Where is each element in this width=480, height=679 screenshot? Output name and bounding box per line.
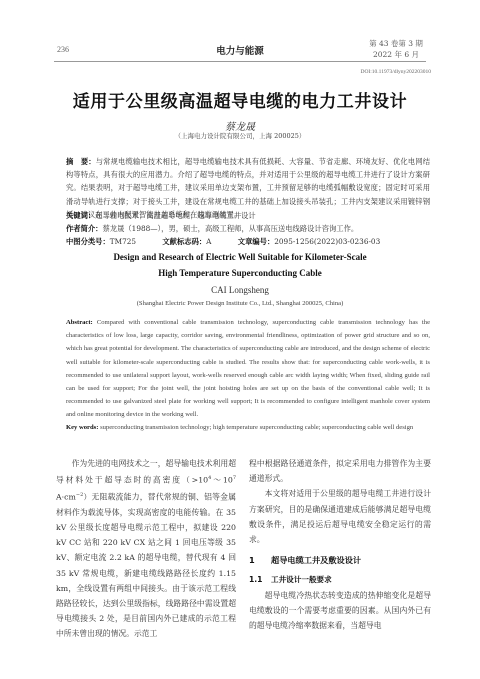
body-paragraph: 超导电缆冷热状态转变造成的热伸缩变化是超导电缆敷设的一个需要考虑重要的因素。从国… xyxy=(249,588,431,634)
author-bio-label: 作者简介： xyxy=(66,224,102,233)
english-author: CAI Longsheng xyxy=(0,285,480,295)
subsection-heading: 1.1工井设计一般要求 xyxy=(249,572,431,587)
author-bio-text: 蔡龙晟（1988—），男，硕士，高级工程师，从事高压送电线路设计咨询工作。 xyxy=(102,224,358,233)
english-keywords: Key words: superconducting transmission … xyxy=(66,421,430,434)
paper-title: 适用于公里级高温超导电缆的电力工井设计 xyxy=(0,87,480,112)
english-title-line-2: High Temperature Superconducting Cable xyxy=(0,268,480,278)
english-abstract-label: Abstract: xyxy=(66,319,93,326)
volume-issue: 第 43 卷第 3 期 2022 年 6 月 xyxy=(360,38,432,60)
issue-date: 2022 年 6 月 xyxy=(360,49,432,60)
keywords-text: 超导输电技术；高温超导电缆；超导电缆工井设计 xyxy=(95,211,256,220)
english-keywords-label: Key words: xyxy=(66,424,98,431)
keywords: 关键词：超导输电技术；高温超导电缆；超导电缆工井设计 xyxy=(66,209,430,222)
english-keywords-text: superconducting transmission technology;… xyxy=(98,424,413,431)
english-title-line-1: Design and Research of Electric Well Sui… xyxy=(0,252,480,262)
body-column-left: 作为先进的电网技术之一，超导输电技术利用超导材料处于超导态时的高密度（>104～… xyxy=(56,456,236,642)
clc-number: 中图分类号：TM725 xyxy=(66,237,136,246)
author-bio: 作者简介：蔡龙晟（1988—），男，硕士，高级工程师，从事高压送电线路设计咨询工… xyxy=(66,222,430,235)
doi: DOI:10.11973/dlyny202203010 xyxy=(300,69,431,75)
header-rule xyxy=(54,61,426,62)
keywords-label: 关键词： xyxy=(66,211,95,220)
english-affiliation: (Shanghai Electric Power Design Institut… xyxy=(0,300,480,307)
document-code: 文献标志码：A xyxy=(162,237,211,246)
classification-line: 中图分类号：TM725 文献标志码：A 文章编号：2095-1256(2022)… xyxy=(66,235,430,248)
body-paragraph: 程中根据路径通道条件，拟定采用电力排管作为主要通道形式。 xyxy=(249,456,431,486)
abstract-label: 摘 要： xyxy=(66,157,96,166)
english-abstract-text: Compared with conventional cable transmi… xyxy=(66,319,430,418)
section-heading: 1超导电缆工井及敷设设计 xyxy=(249,553,431,568)
volume-issue-text: 第 43 卷第 3 期 xyxy=(360,38,432,49)
article-id: 文章编号：2095-1256(2022)03-0236-03 xyxy=(238,237,380,246)
body-paragraph: 本文将对适用于公里级的超导电缆工井进行设计方案研究，目的是确保通道建成后能够满足… xyxy=(249,486,431,547)
body-column-right: 程中根据路径通道条件，拟定采用电力排管作为主要通道形式。 本文将对适用于公里级的… xyxy=(249,456,431,633)
body-paragraph: 作为先进的电网技术之一，超导输电技术利用超导材料处于超导态时的高密度（>104～… xyxy=(56,456,236,642)
author-affiliation: （上海电力设计院有限公司，上海 200025） xyxy=(0,131,480,140)
english-abstract: Abstract: Compared with conventional cab… xyxy=(66,316,430,422)
